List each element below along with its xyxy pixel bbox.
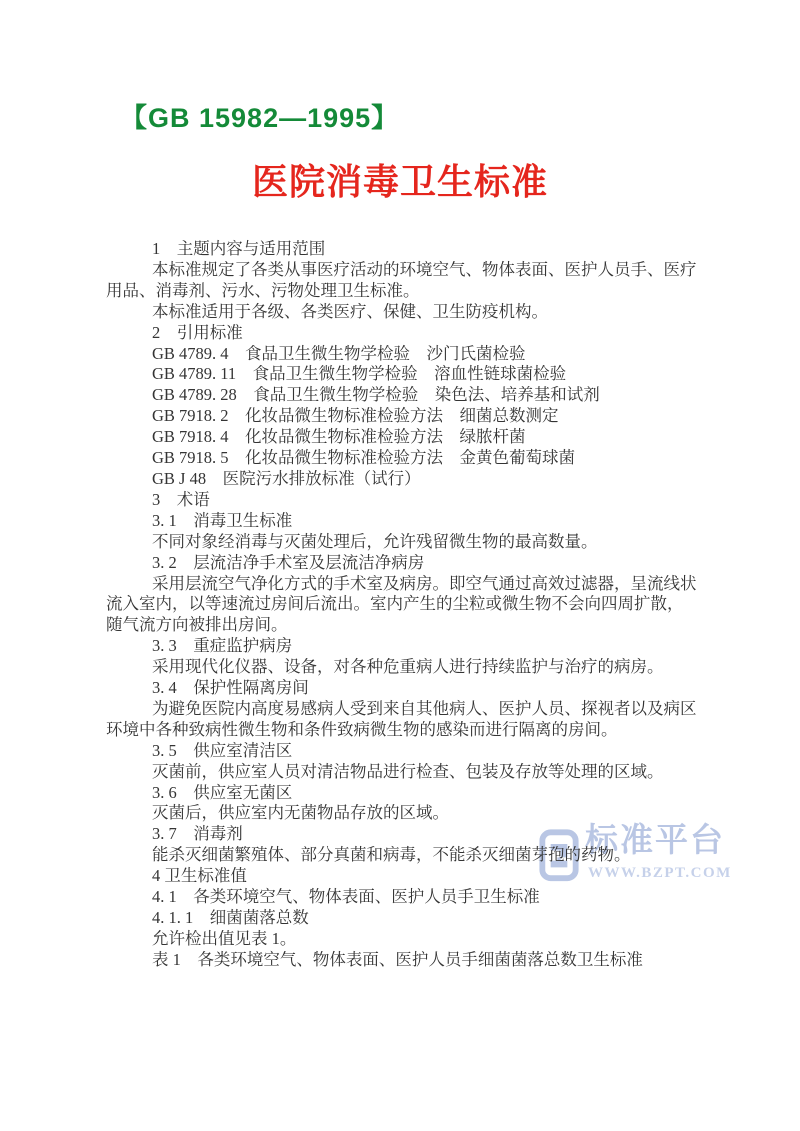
text-line: 本标准适用于各级、各类医疗、保健、卫生防疫机构。 <box>106 302 706 323</box>
text-line: 随气流方向被排出房间。 <box>106 615 706 636</box>
text-line: 灭菌后，供应室内无菌物品存放的区域。 <box>106 803 706 824</box>
document-page: 【GB 15982—1995】 医院消毒卫生标准 1 主题内容与适用范围本标准规… <box>0 0 800 1131</box>
text-line: 采用现代化仪器、设备，对各种危重病人进行持续监护与治疗的病房。 <box>106 657 706 678</box>
text-line: GB 4789. 11 食品卫生微生物学检验 溶血性链球菌检验 <box>106 364 706 385</box>
text-line: 3. 5 供应室清洁区 <box>106 741 706 762</box>
text-line: GB 4789. 4 食品卫生微生物学检验 沙门氏菌检验 <box>106 344 706 365</box>
text-line: 3. 6 供应室无菌区 <box>106 783 706 804</box>
text-line: 表 1 各类环境空气、物体表面、医护人员手细菌菌落总数卫生标准 <box>106 950 706 971</box>
text-line: 灭菌前，供应室人员对清洁物品进行检查、包装及存放等处理的区域。 <box>106 762 706 783</box>
text-line: 为避免医院内高度易感病人受到来自其他病人、医护人员、探视者以及病区 <box>106 699 706 720</box>
text-line: 3. 4 保护性隔离房间 <box>106 678 706 699</box>
text-line: 3. 2 层流洁净手术室及层流洁净病房 <box>106 553 706 574</box>
text-line: 4. 1 各类环境空气、物体表面、医护人员手卫生标准 <box>106 887 706 908</box>
text-line: 采用层流空气净化方式的手术室及病房。即空气通过高效过滤器，呈流线状 <box>106 574 706 595</box>
text-line: GB 7918. 2 化妆品微生物标准检验方法 细菌总数测定 <box>106 406 706 427</box>
standard-code: 【GB 15982—1995】 <box>120 96 399 135</box>
text-line: 4 卫生标准值 <box>106 866 706 887</box>
text-line: 2 引用标准 <box>106 323 706 344</box>
document-body: 1 主题内容与适用范围本标准规定了各类从事医疗活动的环境空气、物体表面、医护人员… <box>106 239 706 971</box>
page-title: 医院消毒卫生标准 <box>0 154 800 205</box>
text-line: 3 术语 <box>106 490 706 511</box>
text-line: 不同对象经消毒与灭菌处理后，允许残留微生物的最高数量。 <box>106 532 706 553</box>
text-line: 1 主题内容与适用范围 <box>106 239 706 260</box>
text-line: 用品、消毒剂、污水、污物处理卫生标准。 <box>106 281 706 302</box>
text-line: 能杀灭细菌繁殖体、部分真菌和病毒，不能杀灭细菌芽孢的药物。 <box>106 845 706 866</box>
text-line: GB 4789. 28 食品卫生微生物学检验 染色法、培养基和试剂 <box>106 385 706 406</box>
text-line: GB J 48 医院污水排放标准（试行） <box>106 469 706 490</box>
text-line: GB 7918. 5 化妆品微生物标准检验方法 金黄色葡萄球菌 <box>106 448 706 469</box>
text-line: 环境中各种致病性微生物和条件致病微生物的感染而进行隔离的房间。 <box>106 720 706 741</box>
text-line: 本标准规定了各类从事医疗活动的环境空气、物体表面、医护人员手、医疗 <box>106 260 706 281</box>
text-line: GB 7918. 4 化妆品微生物标准检验方法 绿脓杆菌 <box>106 427 706 448</box>
text-line: 允许检出值见表 1。 <box>106 929 706 950</box>
text-line: 3. 3 重症监护病房 <box>106 636 706 657</box>
text-line: 4. 1. 1 细菌菌落总数 <box>106 908 706 929</box>
text-line: 3. 7 消毒剂 <box>106 824 706 845</box>
text-line: 流入室内，以等速流过房间后流出。室内产生的尘粒或微生物不会向四周扩散， <box>106 594 706 615</box>
text-line: 3. 1 消毒卫生标准 <box>106 511 706 532</box>
